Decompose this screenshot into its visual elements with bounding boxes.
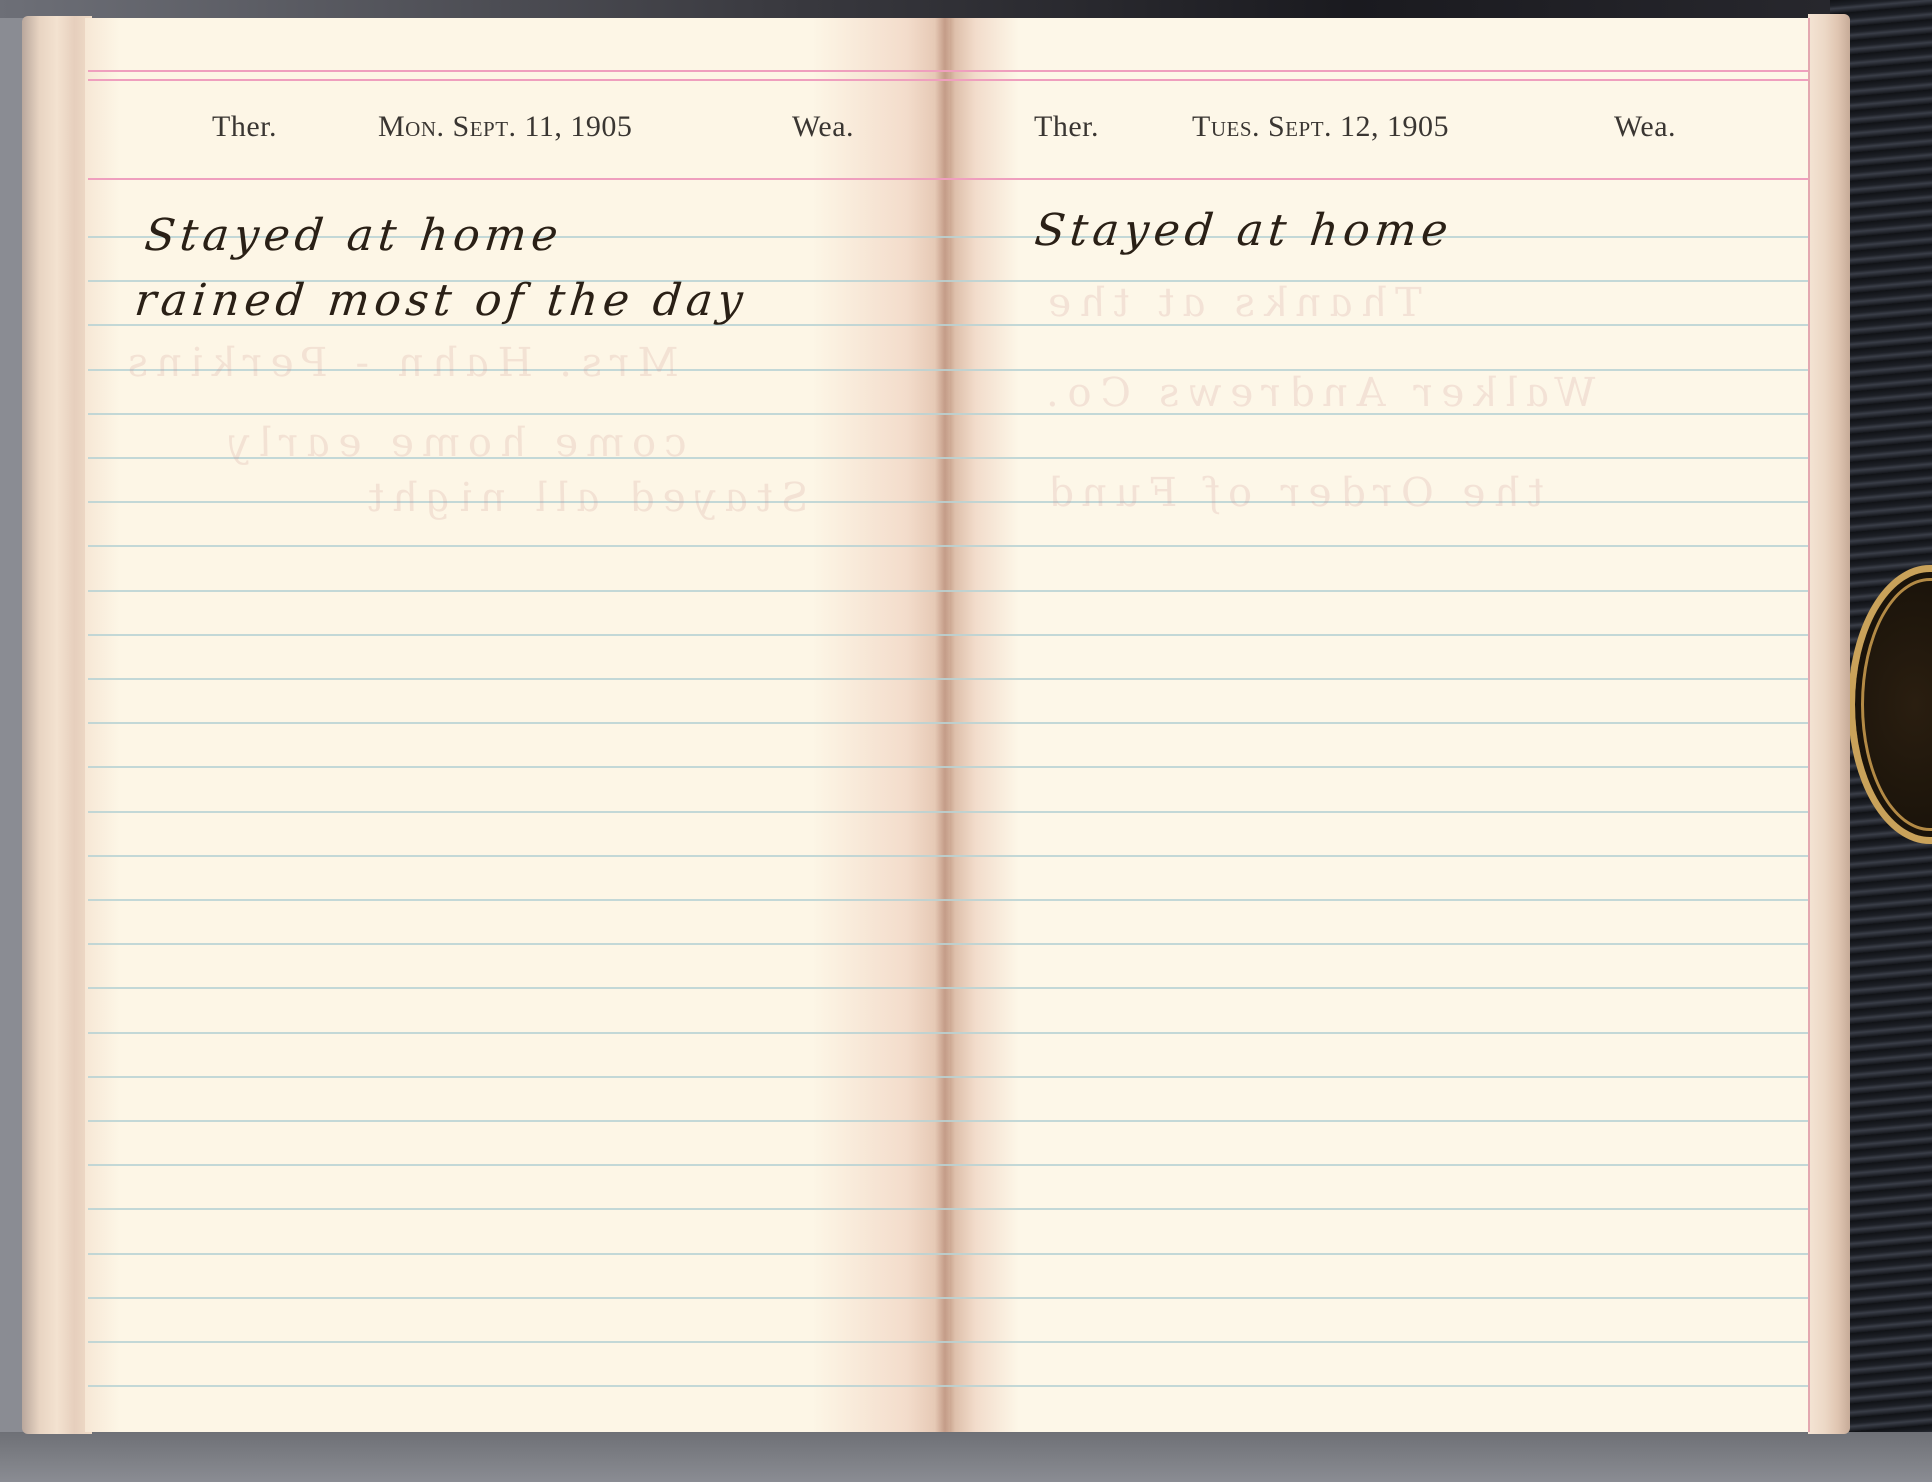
bleed-through-text: Walker Andrews Co. (1036, 370, 1599, 416)
diary-entry-line: Stayed at home (1032, 205, 1455, 256)
ruled-line (88, 501, 1808, 503)
header-rule-top (88, 70, 1808, 72)
wea-label-left: Wea. (792, 110, 854, 144)
ruled-line (88, 1341, 1808, 1343)
bleed-through-text: come home early (216, 420, 691, 466)
date-heading-right: Tues. Sept. 12, 1905 (1192, 110, 1449, 144)
ther-label-right: Ther. (1034, 110, 1099, 144)
background-top (0, 0, 1932, 18)
diary-entry-line: rained most of the day (132, 275, 750, 326)
bleed-through-text: Stayed all night (356, 475, 812, 521)
ruled-line (88, 1032, 1808, 1034)
ruled-line (88, 634, 1808, 636)
ruled-line (88, 722, 1808, 724)
header-rule-top-2 (88, 79, 1808, 81)
ruled-line (88, 1385, 1808, 1387)
ther-label-left: Ther. (212, 110, 277, 144)
ruled-line (88, 1208, 1808, 1210)
ruled-line (88, 987, 1808, 989)
right-margin-rule (1808, 18, 1810, 1432)
ruled-line (88, 590, 1808, 592)
ruled-line (88, 766, 1808, 768)
ruled-line (88, 899, 1808, 901)
ruled-line (88, 1120, 1808, 1122)
page-edges-left (22, 16, 92, 1434)
ruled-line (88, 678, 1808, 680)
wea-label-right: Wea. (1614, 110, 1676, 144)
ruled-line (88, 1297, 1808, 1299)
header-rule-bottom (88, 178, 1808, 180)
ruled-line (88, 943, 1808, 945)
ruled-line (88, 545, 1808, 547)
ruled-line (88, 1076, 1808, 1078)
bleed-through-text: Mrs. Hahn - Perkins (116, 340, 683, 386)
diary-entry-line: Stayed at home (142, 210, 565, 261)
bleed-through-text: Thanks at the (1036, 280, 1426, 326)
bleed-through-text: the Order of Fund (1036, 470, 1548, 516)
page-edges-right (1808, 14, 1850, 1434)
ruled-line (88, 1164, 1808, 1166)
date-heading-left: Mon. Sept. 11, 1905 (378, 110, 632, 144)
background-bottom (0, 1432, 1932, 1482)
ruled-line (88, 811, 1808, 813)
ruled-line (88, 855, 1808, 857)
book-spine (935, 18, 955, 1432)
ruled-line (88, 1253, 1808, 1255)
